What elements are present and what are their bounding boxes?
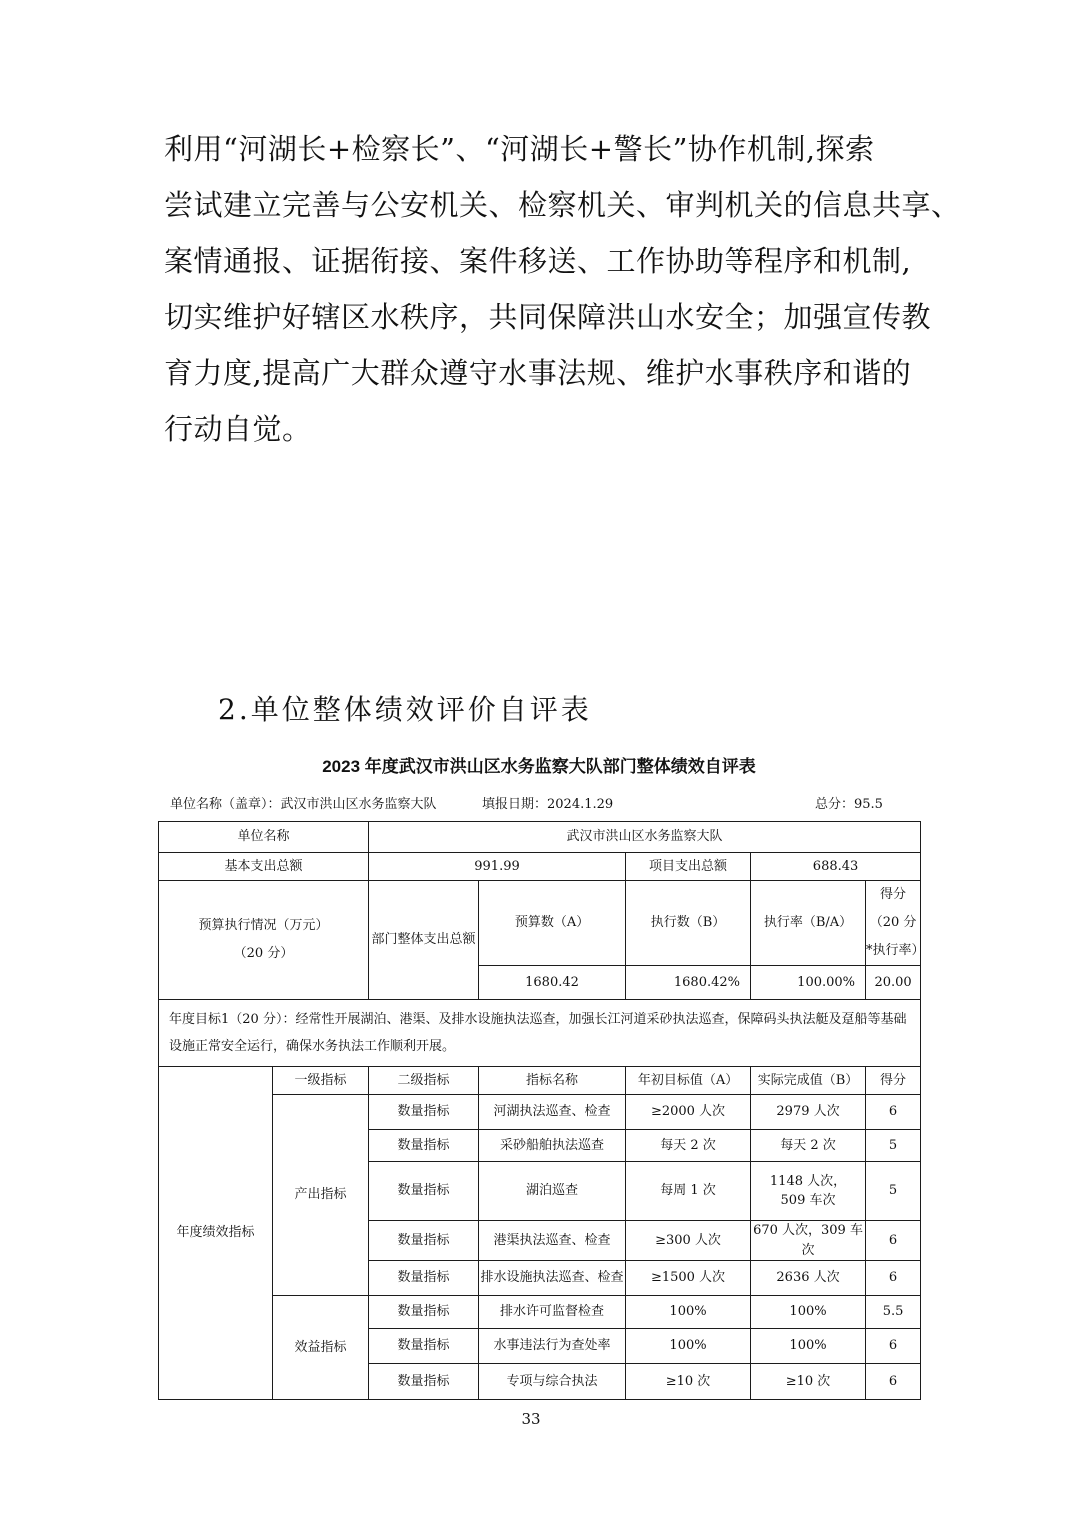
cell-name: 湖泊巡查	[479, 1162, 626, 1221]
header-level2: 二级指标	[369, 1067, 479, 1095]
body-line: 行动自觉。	[164, 401, 920, 457]
indicator-row: 效益指标 数量指标 排水许可监督检查 100% 100% 5.5	[159, 1296, 921, 1329]
cell-actual: 1148 人次，509 车次	[751, 1162, 866, 1221]
cell-unit-name-label: 单位名称	[159, 822, 369, 853]
cell-type: 数量指标	[369, 1329, 479, 1364]
cell-name: 排水设施执法巡查、检查	[479, 1261, 626, 1296]
cell-exec-b-value: 1680.42%	[626, 966, 751, 1000]
meta-unit-name: 单位名称（盖章）：武汉市洪山区水务监察大队	[170, 793, 437, 812]
cell-target: 每周 1 次	[626, 1162, 751, 1221]
cell-type: 数量指标	[369, 1296, 479, 1329]
cell-budget-exec-label: 预算执行情况（万元） （20 分）	[159, 881, 369, 1000]
body-line: 切实维护好辖区水秩序，共同保障洪山水安全；加强宣传教	[164, 289, 920, 345]
cell-actual: 2636 人次	[751, 1261, 866, 1296]
cell-score: 6	[866, 1221, 921, 1261]
body-line: 育力度,提高广大群众遵守水事法规、维护水事秩序和谐的	[164, 345, 920, 401]
cell-actual: 100%	[751, 1329, 866, 1364]
cell-type: 数量指标	[369, 1364, 479, 1400]
cell-actual: 每天 2 次	[751, 1130, 866, 1162]
page-number: 33	[0, 1410, 1062, 1428]
document-page: 利用“河湖长+检察长”、“河湖长+警长”协作机制,探索 尝试建立完善与公安机关、…	[0, 0, 1074, 1520]
cell-name: 排水许可监督检查	[479, 1296, 626, 1329]
cell-name: 河湖执法巡查、检查	[479, 1095, 626, 1130]
cell-benefit-group: 效益指标	[273, 1296, 369, 1400]
cell-dept-total-label: 部门整体支出总额	[369, 881, 479, 1000]
cell-target: 100%	[626, 1296, 751, 1329]
cell-actual: 670 人次，309 车次	[751, 1221, 866, 1261]
cell-type: 数量指标	[369, 1095, 479, 1130]
cell-target: ≥10 次	[626, 1364, 751, 1400]
cell-target: 100%	[626, 1329, 751, 1364]
cell-name: 水事违法行为查处率	[479, 1329, 626, 1364]
cell-budget-a-label: 预算数（A）	[479, 881, 626, 966]
cell-target: ≥2000 人次	[626, 1095, 751, 1130]
cell-basic-expense-value: 991.99	[369, 853, 626, 881]
cell-score: 6	[866, 1261, 921, 1296]
cell-score: 5	[866, 1162, 921, 1221]
body-line: 尝试建立完善与公安机关、检察机关、审判机关的信息共享、	[164, 177, 920, 233]
body-line: 利用“河湖长+检察长”、“河湖长+警长”协作机制,探索	[164, 121, 920, 177]
cell-basic-expense-label: 基本支出总额	[159, 853, 369, 881]
cell-score: 5	[866, 1130, 921, 1162]
cell-score: 6	[866, 1364, 921, 1400]
indicator-row: 产出指标 数量指标 河湖执法巡查、检查 ≥2000 人次 2979 人次 6	[159, 1095, 921, 1130]
section-heading: 2.单位整体绩效评价自评表	[218, 688, 592, 728]
score-label-line1: 得分（20 分	[866, 881, 920, 937]
cell-exec-b-label: 执行数（B）	[626, 881, 751, 966]
cell-actual: ≥10 次	[751, 1364, 866, 1400]
body-paragraph: 利用“河湖长+检察长”、“河湖长+警长”协作机制,探索 尝试建立完善与公安机关、…	[164, 121, 920, 457]
cell-type: 数量指标	[369, 1261, 479, 1296]
row-expense-totals: 基本支出总额 991.99 项目支出总额 688.43	[159, 853, 921, 881]
cell-type: 数量指标	[369, 1130, 479, 1162]
cell-score-value: 20.00	[866, 966, 921, 1000]
cell-name: 专项与综合执法	[479, 1364, 626, 1400]
score-label-line2: *执行率）	[866, 937, 920, 965]
cell-rate-value: 100.00%	[751, 966, 866, 1000]
report-meta: 单位名称（盖章）：武汉市洪山区水务监察大队 填报日期：2024.1.29 总分：…	[0, 793, 1074, 813]
cell-project-expense-label: 项目支出总额	[626, 853, 751, 881]
header-actual: 实际完成值（B）	[751, 1067, 866, 1095]
meta-total-score: 总分：95.5	[815, 793, 883, 812]
header-score: 得分	[866, 1067, 921, 1095]
body-line: 案情通报、证据衔接、案件移送、工作协助等程序和机制,	[164, 233, 920, 289]
cell-score: 5.5	[866, 1296, 921, 1329]
cell-type: 数量指标	[369, 1221, 479, 1261]
report-title: 2023 年度武汉市洪山区水务监察大队部门整体绩效自评表	[158, 752, 920, 777]
cell-target: ≥300 人次	[626, 1221, 751, 1261]
cell-output-group: 产出指标	[273, 1095, 369, 1296]
self-evaluation-table: 单位名称 武汉市洪山区水务监察大队 基本支出总额 991.99 项目支出总额 6…	[158, 821, 921, 1400]
cell-unit-name-value: 武汉市洪山区水务监察大队	[369, 822, 921, 853]
header-indicator-name: 指标名称	[479, 1067, 626, 1095]
cell-score: 6	[866, 1095, 921, 1130]
cell-target: 每天 2 次	[626, 1130, 751, 1162]
cell-target: ≥1500 人次	[626, 1261, 751, 1296]
cell-type: 数量指标	[369, 1162, 479, 1221]
meta-fill-date: 填报日期：2024.1.29	[482, 793, 613, 812]
header-target: 年初目标值（A）	[626, 1067, 751, 1095]
row-unit-name: 单位名称 武汉市洪山区水务监察大队	[159, 822, 921, 853]
cell-annual-indicators-label: 年度绩效指标	[159, 1067, 273, 1400]
cell-rate-label: 执行率（B/A）	[751, 881, 866, 966]
header-level1: 一级指标	[273, 1067, 369, 1095]
cell-annual-goal: 年度目标1（20 分）：经常性开展湖泊、港渠、及排水设施执法巡查，加强长江河道采…	[159, 1000, 921, 1067]
cell-score: 6	[866, 1329, 921, 1364]
cell-actual: 100%	[751, 1296, 866, 1329]
row-indicator-headers: 年度绩效指标 一级指标 二级指标 指标名称 年初目标值（A） 实际完成值（B） …	[159, 1067, 921, 1095]
cell-name: 采砂船舶执法巡查	[479, 1130, 626, 1162]
cell-name: 港渠执法巡查、检查	[479, 1221, 626, 1261]
budget-exec-label-line2: （20 分）	[159, 940, 368, 968]
cell-actual: 2979 人次	[751, 1095, 866, 1130]
cell-budget-a-value: 1680.42	[479, 966, 626, 1000]
cell-project-expense-value: 688.43	[751, 853, 921, 881]
cell-score-label: 得分（20 分 *执行率）	[866, 881, 921, 966]
budget-exec-label-line1: 预算执行情况（万元）	[159, 912, 368, 940]
row-annual-goal: 年度目标1（20 分）：经常性开展湖泊、港渠、及排水设施执法巡查，加强长江河道采…	[159, 1000, 921, 1067]
row-budget-headers: 预算执行情况（万元） （20 分） 部门整体支出总额 预算数（A） 执行数（B）…	[159, 881, 921, 966]
